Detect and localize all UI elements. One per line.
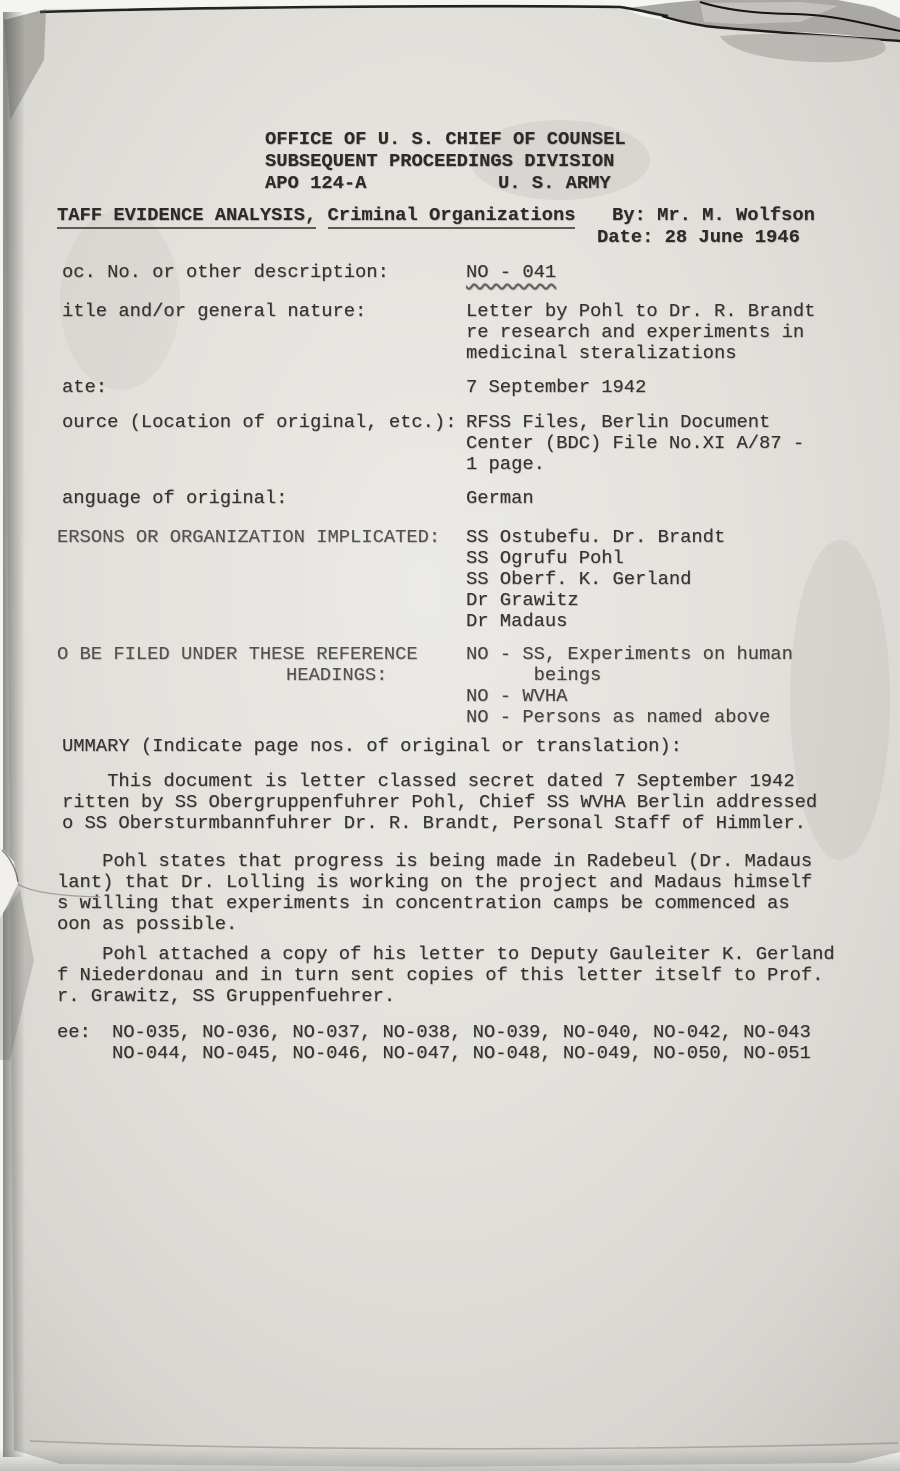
- analyst-by-line: By: Mr. M. Wolfson: [612, 205, 815, 226]
- summary-paragraph-1: This document is letter classed secret d…: [62, 771, 817, 834]
- letterhead-army: U. S. ARMY: [498, 173, 611, 194]
- summary-paragraph-2: Pohl states that progress is being made …: [57, 851, 812, 935]
- left-edge-shadow: [3, 12, 25, 1457]
- scanned-document-page: OFFICE OF U. S. CHIEF OF COUNSEL SUBSEQU…: [0, 0, 900, 1471]
- field-label-persons-implicated: ERSONS OR ORGANIZATION IMPLICATED:: [57, 527, 440, 548]
- title-subtitle: Criminal Organizations: [328, 204, 576, 229]
- field-value-filed-under: NO - SS, Experiments on human beings NO …: [466, 644, 793, 728]
- field-value-source: RFSS Files, Berlin Document Center (BDC)…: [466, 412, 804, 475]
- see-document-list: NO-035, NO-036, NO-037, NO-038, NO-039, …: [112, 1022, 811, 1064]
- field-label-filed-under-headings: HEADINGS:: [286, 665, 387, 686]
- see-label: ee:: [57, 1022, 91, 1043]
- title-main: TAFF EVIDENCE ANALYSIS,: [57, 204, 316, 229]
- letterhead-line2: SUBSEQUENT PROCEEDINGS DIVISION: [265, 151, 614, 172]
- field-value-language: German: [466, 488, 534, 509]
- field-value-title-nature: Letter by Pohl to Dr. R. Brandt re resea…: [466, 301, 815, 364]
- field-label-language: anguage of original:: [62, 488, 287, 509]
- letterhead-line1: OFFICE OF U. S. CHIEF OF COUNSEL: [265, 129, 626, 150]
- field-label-doc-no: oc. No. or other description:: [62, 262, 389, 283]
- summary-heading: UMMARY (Indicate page nos. of original o…: [62, 736, 682, 757]
- field-label-title-nature: itle and/or general nature:: [62, 301, 366, 322]
- field-value-doc-no: NO - 041: [466, 262, 556, 283]
- field-value-date: 7 September 1942: [466, 377, 646, 398]
- field-label-date: ate:: [62, 377, 107, 398]
- document-title: TAFF EVIDENCE ANALYSIS,Criminal Organiza…: [57, 205, 575, 226]
- field-label-source: ource (Location of original, etc.):: [62, 412, 456, 433]
- letterhead-apo: APO 124-A: [265, 173, 366, 194]
- field-label-filed-under: O BE FILED UNDER THESE REFERENCE: [57, 644, 418, 665]
- field-value-persons-implicated: SS Ostubefu. Dr. Brandt SS Ogrufu Pohl S…: [466, 527, 725, 632]
- bottom-edge-shadow: [0, 1448, 900, 1471]
- summary-paragraph-3: Pohl attached a copy of his letter to De…: [57, 944, 835, 1007]
- analysis-date: Date: 28 June 1946: [597, 227, 800, 248]
